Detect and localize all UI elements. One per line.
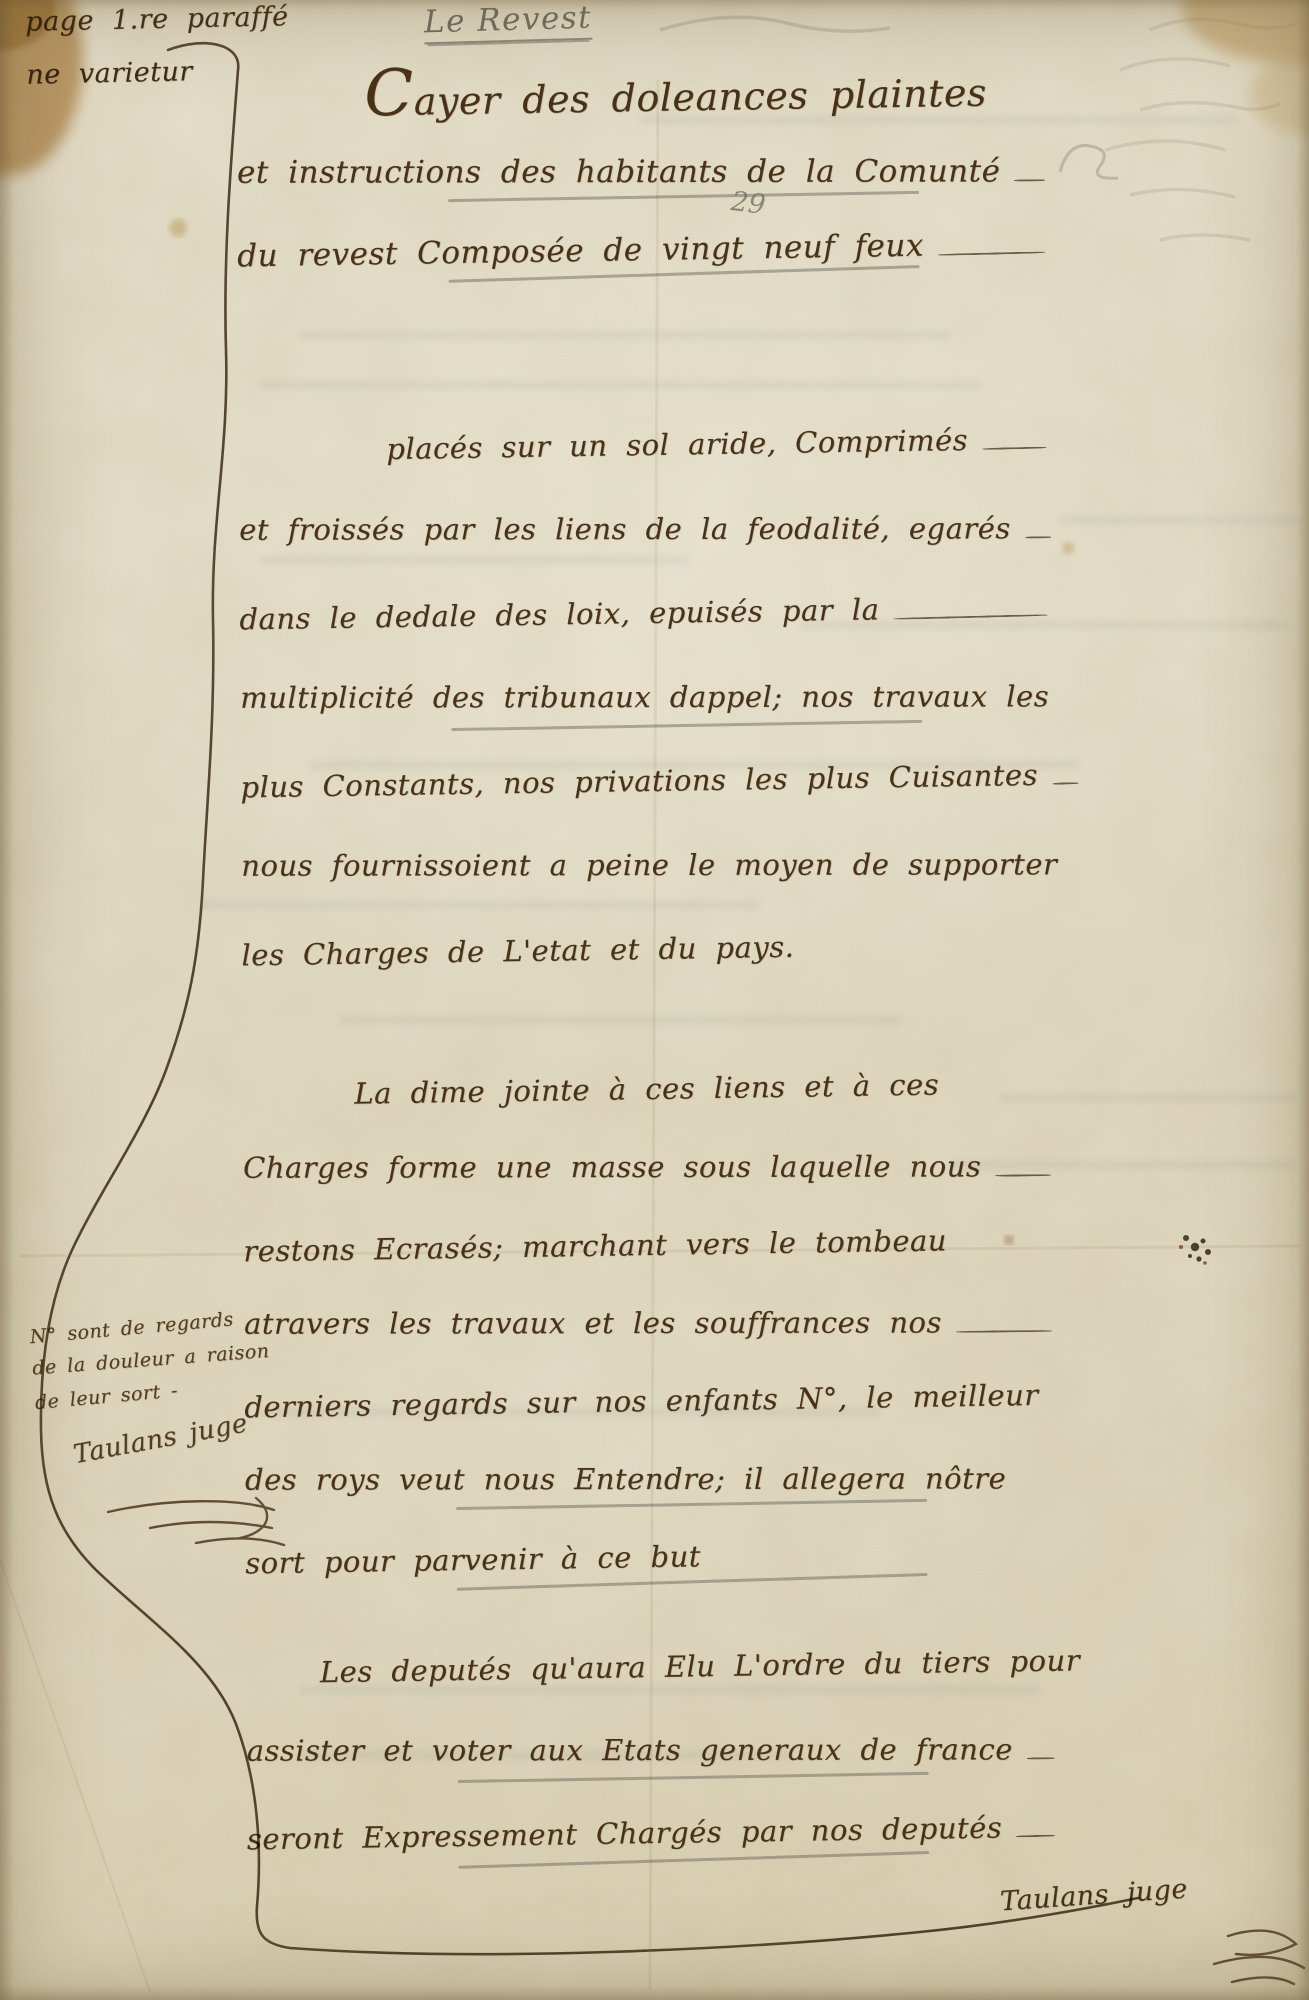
manuscript-line-text: multiplicité des tribunaux dappel; nos t… <box>240 679 1049 714</box>
manuscript-line-text: placés sur un sol aride, Comprimés <box>386 423 968 466</box>
manuscript-line-text: et instructions des habitants de la Comu… <box>237 153 1000 190</box>
manuscript-line: nous fournissoient a peine le moyen de s… <box>241 847 1053 932</box>
title-block: Cayer des doleances plainteset instructi… <box>236 74 1049 313</box>
paragraph-2: La dime jointe à ces liens et à cesCharg… <box>242 1070 1057 1621</box>
manuscript-line: dans le dedale des loix, epuisés par la <box>239 590 1052 687</box>
manuscript-line-text: Charges forme une masse sous laquelle no… <box>243 1149 981 1184</box>
manuscript-line: derniers regards sur nos enfants N°, le … <box>244 1378 1057 1469</box>
ink-filler-dash <box>893 614 1047 620</box>
manuscript-page: page 1.re paraffé ne varietur Le Revest … <box>0 0 1309 2000</box>
ink-filler-dash <box>1014 179 1045 181</box>
manuscript-line: atravers les travaux et les souffrances … <box>244 1305 1056 1384</box>
manuscript-line-text: et froissés par les liens de la feodalit… <box>239 511 1011 546</box>
ink-filler-dash <box>1027 1757 1055 1759</box>
manuscript-line: du revest Composée de vingt neuf feux <box>237 226 1050 317</box>
manuscript-line: La dime jointe à ces liens et à ces <box>242 1066 1055 1157</box>
pencil-strike <box>458 1851 929 1868</box>
manuscript-line-text: des roys veut nous Entendre; il allegera… <box>245 1461 1006 1496</box>
manuscript-line-text: dans le dedale des loix, epuisés par la <box>239 592 879 636</box>
manuscript-line: sort pour parvenir à ce but <box>245 1534 1058 1625</box>
manuscript-line: restons Ecrasés; marchant vers le tombea… <box>243 1222 1056 1313</box>
manuscript-line-text: sort pour parvenir à ce but <box>245 1539 701 1580</box>
manuscript-line-text: restons Ecrasés; marchant vers le tombea… <box>243 1223 947 1268</box>
manuscript-line: des roys veut nous Entendre; il allegera… <box>245 1461 1057 1540</box>
manuscript-line: multiplicité des tribunaux dappel; nos t… <box>240 679 1052 764</box>
manuscript-line-text: La dime jointe à ces liens et à ces <box>354 1067 939 1110</box>
manuscript-line: Les deputés qu'aura Elu L'ordre du tiers… <box>246 1644 1059 1740</box>
manuscript-line-text: Les deputés qu'aura Elu L'ordre du tiers… <box>320 1643 1081 1689</box>
manuscript-line-text: les Charges de L'etat et du pays. <box>241 930 794 973</box>
manuscript-line: seront Expressement Chargés par nos depu… <box>247 1810 1060 1906</box>
ink-filler-dash <box>1025 536 1051 538</box>
manuscript-line: assister et voter aux Etats generaux de … <box>247 1732 1059 1816</box>
manuscript-line: Cayer des doleances plaintes <box>236 70 1049 161</box>
ink-filler-dash <box>956 1330 1052 1333</box>
pencil-strike <box>448 190 919 201</box>
manuscript-line-text: derniers regards sur nos enfants N°, le … <box>244 1378 1039 1424</box>
ink-filler-dash <box>1052 782 1078 785</box>
ink-filler-dash <box>938 251 1045 256</box>
manuscript-line: et instructions des habitants de la Comu… <box>237 153 1049 232</box>
manuscript-line: Charges forme une masse sous laquelle no… <box>243 1149 1055 1228</box>
ink-filler-dash <box>1016 1835 1055 1838</box>
manuscript-line: et froissés par les liens de la feodalit… <box>239 511 1051 596</box>
manuscript-line-text: plus Constants, nos privations les plus … <box>240 758 1038 805</box>
manuscript-text: Cayer des doleances plainteset instructi… <box>0 0 1309 2000</box>
margin-note: N° sont de regardsde la douleur a raison… <box>29 1307 269 1464</box>
pencil-strike <box>458 1772 929 1783</box>
ink-filler-dash <box>982 446 1046 450</box>
manuscript-line: placés sur un sol aride, Comprimés <box>238 422 1051 519</box>
manuscript-line-text: assister et voter aux Etats generaux de … <box>247 1732 1013 1767</box>
margin-note-lines: N° sont de regardsde la douleur a raison… <box>29 1307 266 1424</box>
paragraph-3: Les deputés qu'aura Elu L'ordre du tiers… <box>246 1648 1060 1902</box>
pencil-strike <box>451 720 922 731</box>
manuscript-line-text: seront Expressement Chargés par nos depu… <box>247 1811 1003 1857</box>
manuscript-line: plus Constants, nos privations les plus … <box>240 758 1053 855</box>
manuscript-line-text: atravers les travaux et les souffrances … <box>244 1306 942 1341</box>
pencil-strike <box>456 1498 927 1509</box>
manuscript-line: les Charges de L'etat et du pays. <box>241 926 1054 1023</box>
paragraph-1: placés sur un sol aride, Compriméset fro… <box>239 426 1055 1019</box>
ink-filler-dash <box>995 1174 1051 1177</box>
manuscript-line-text: Cayer des doleances plaintes <box>364 71 987 125</box>
manuscript-line-text: nous fournissoient a peine le moyen de s… <box>241 847 1057 882</box>
